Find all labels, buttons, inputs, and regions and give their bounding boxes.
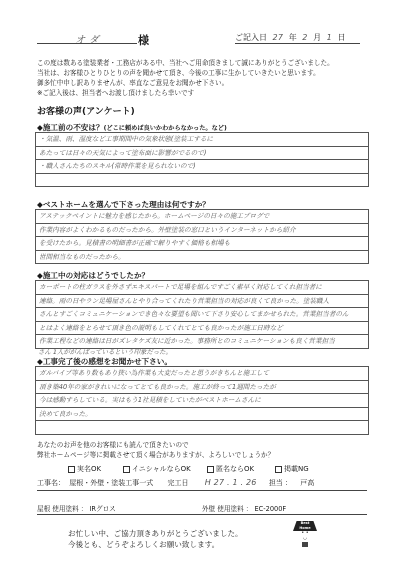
- answer-row: を受けたから。見積書の明細書が正確で解りやすく価格も相場も: [36, 237, 368, 251]
- best-home-logo-icon: Best Home • •◡: [293, 521, 317, 547]
- mascot-face-icon: • •◡: [293, 531, 317, 541]
- section-title: お客様の声(アンケート): [37, 104, 135, 117]
- answer-row: さんとすごくコミュニケーションでき色々な要望も聞いて下さり安心してまかせられた。…: [36, 308, 368, 322]
- year-label: 年: [289, 33, 297, 42]
- option-initials[interactable]: イニシャルならOK: [123, 464, 207, 474]
- option-no-publish[interactable]: 掲載NG: [275, 464, 309, 474]
- answer-row: 世間相当なものだったから。: [36, 251, 368, 265]
- closing-message: お忙しい中、ご協力頂きありがとうございました。 今後とも、どうぞよろしくお願い致…: [68, 528, 243, 550]
- answer-overflow-text: さん 1人ががんばっているという印象だった。: [38, 347, 172, 356]
- completion-label: 完工日: [167, 479, 188, 487]
- intro-line: この度は数ある塗装業者・工務店がある中、当社へご用命頂きまして誠にありがとうござ…: [37, 58, 334, 68]
- completion-date: H 27 . 1 . 26: [205, 478, 257, 487]
- wall-paint: 外壁 使用塗料 ： EC-2000F: [202, 503, 286, 513]
- answer-row: 今は感動すらしている。実はもう1社見積をしていたがベストホームさんに: [36, 394, 368, 408]
- honorific: 様: [138, 32, 149, 48]
- work-name-label: 工事名：: [37, 479, 65, 487]
- work-name-value: 屋根・外壁・塗装工事一式: [69, 479, 153, 487]
- publish-consent-text: あなたのお声を他のお客様にも読んで頂きたいので 弊社ホームページ等に掲載させて頂…: [37, 440, 274, 460]
- answer-row: ・職人さんたちのスキル(常時作業を見られないので): [36, 160, 368, 174]
- day-label: 日: [337, 33, 345, 42]
- answer-row: ・気温、雨、湿度など工事期間中の気象状態(塗装工するに: [36, 133, 368, 147]
- checkbox-icon[interactable]: [275, 466, 282, 473]
- staff-name: 戸高: [300, 479, 314, 487]
- closing-line: お忙しい中、ご協力頂きありがとうございました。: [68, 528, 243, 539]
- wall-paint-value: EC-2000F: [254, 505, 286, 513]
- entry-date: ご記入日 27 年 2 月 1 日: [235, 32, 360, 44]
- publish-line: 弊社ホームページ等に掲載させて頂く場合がありますが、よろしいでしょうか？: [37, 450, 274, 460]
- wall-paint-label: 外壁 使用塗料 ：: [202, 505, 252, 513]
- checkbox-icon[interactable]: [123, 466, 130, 473]
- answer-row: 頂き築40年の家がきれいになってとても良かった。施工が終って1週間たったが: [36, 381, 368, 395]
- answer-box-1: ・気温、雨、湿度など工事期間中の気象状態(塗装工するに あたっては日々の天気によ…: [35, 132, 369, 187]
- logo-text: Home: [293, 526, 317, 531]
- intro-line: 当社は、お客様ひとりひとりの声を聞かせて頂き、今後の工事に生かしていきたいと思い…: [37, 68, 334, 78]
- answer-box-4: ガルバイブ等あり数もあり狭い為作業も大変だったと思うがきちんと施工して 頂き築4…: [35, 366, 369, 435]
- paint-info: 屋根 使用塗料 ： IRグロス 外壁 使用塗料 ： EC-2000F: [37, 503, 367, 515]
- mascot-body-icon: [302, 542, 308, 547]
- answer-row: [36, 174, 368, 188]
- checkbox-icon[interactable]: [68, 466, 75, 473]
- checkbox-icon[interactable]: [207, 466, 214, 473]
- house-roof-icon: Best Home: [293, 521, 317, 531]
- option-label: 匿名ならOK: [216, 464, 254, 474]
- customer-name: オ ダ: [37, 31, 137, 44]
- date-month: 2: [302, 33, 307, 42]
- question-text: ◆施工前の不安は？: [37, 123, 104, 132]
- staff-label: 担当 ：: [269, 479, 292, 487]
- publish-line: あなたのお声を他のお客様にも読んで頂きたいので: [37, 440, 274, 450]
- intro-line: ※ご記入後は、担当者へお渡し頂けましたら幸いです: [37, 88, 334, 98]
- option-anonymous[interactable]: 匿名ならOK: [207, 464, 275, 474]
- answer-row: 作業内容がよくわかるものだったから。外壁塗装の窓口というインターネットから紹介: [36, 224, 368, 238]
- date-label: ご記入日: [235, 33, 267, 42]
- question-hint: (どこに頼めば良いかわからなかった。など): [104, 125, 227, 132]
- answer-box-3: カーポートの柱ガラスを外さずエキスパートで足場を組んですごく素早く対応してくれ担…: [35, 280, 369, 349]
- option-label: 掲載NG: [284, 464, 309, 474]
- publish-options: 実名OK イニシャルならOK 匿名ならOK 掲載NG: [68, 464, 309, 474]
- answer-row: とはよく連絡をとらせて頂き色の説明もしてくれてとても良かったが施工日時など: [36, 322, 368, 336]
- answer-row: ガルバイブ等あり数もあり狭い為作業も大変だったと思うがきちんと施工して: [36, 367, 368, 381]
- work-info: 工事名： 屋根・外壁・塗装工事一式 完工日 H 27 . 1 . 26 担当 ：…: [37, 478, 367, 491]
- answer-row: 決めて良かった。: [36, 408, 368, 422]
- intro-line: 御多忙中申し訳ありませんが、率直なご意見をお聞かせ下さい。: [37, 78, 334, 88]
- closing-line: 今後とも、どうぞよろしくお願い致します。: [68, 539, 243, 550]
- answer-row: アステックペイントに魅力を感じたから。ホームページの日々の施工ブログで: [36, 210, 368, 224]
- roof-paint-label: 屋根 使用塗料 ：: [37, 505, 87, 513]
- answer-row: [36, 421, 368, 435]
- answer-row: カーポートの柱ガラスを外さずエキスパートで足場を組んですごく素早く対応してくれ担…: [36, 281, 368, 295]
- option-label: イニシャルならOK: [132, 464, 191, 474]
- date-day: 1: [327, 33, 332, 42]
- date-year: 27: [273, 33, 284, 42]
- option-real-name[interactable]: 実名OK: [68, 464, 123, 474]
- answer-box-2: アステックペイントに魅力を感じたから。ホームページの日々の施工ブログで 作業内容…: [35, 209, 369, 264]
- option-label: 実名OK: [77, 464, 101, 474]
- intro-text: この度は数ある塗装業者・工務店がある中、当社へご用命頂きまして誠にありがとうござ…: [37, 58, 334, 98]
- answer-row: 連絡。雨の日やラン足場屋さんとやり合ってくれたり営業担当の対応が良くて良かった。…: [36, 295, 368, 309]
- answer-row: あたっては日々の天気によって塗布面に影響がでるので): [36, 147, 368, 161]
- roof-paint-value: IRグロス: [89, 505, 115, 513]
- month-label: 月: [313, 33, 321, 42]
